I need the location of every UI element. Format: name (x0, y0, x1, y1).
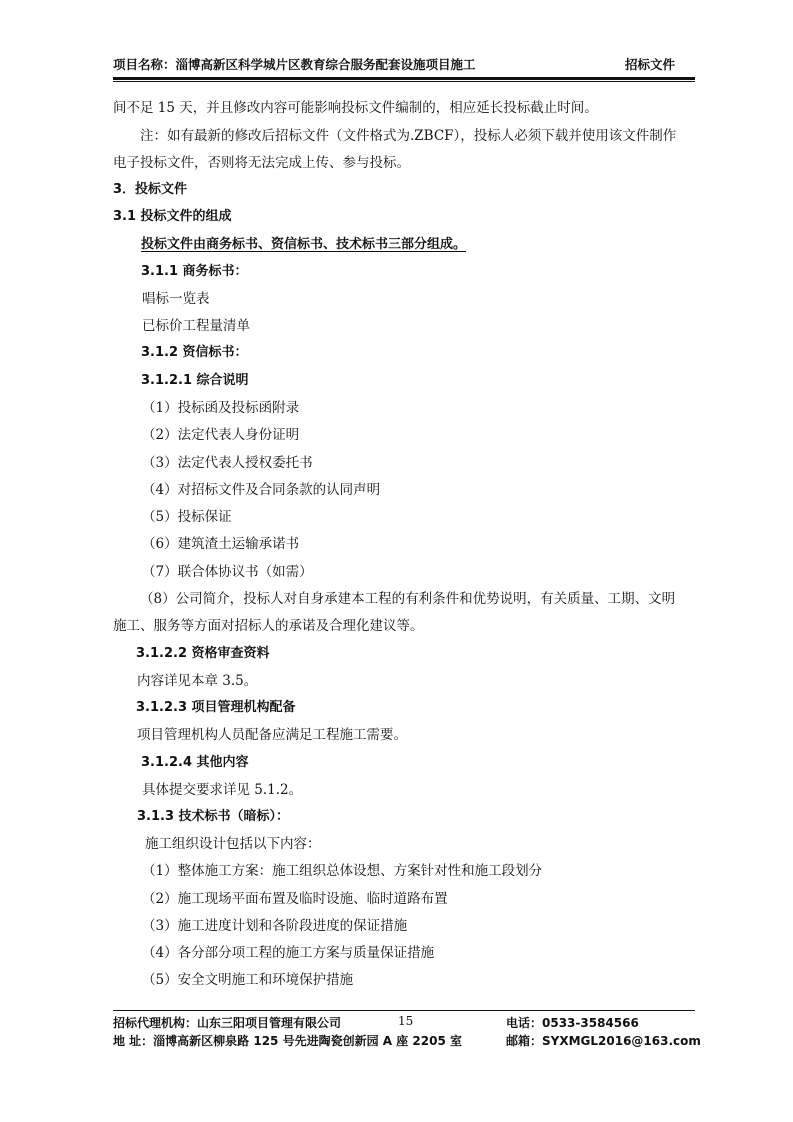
page-number: 15 (398, 1014, 413, 1028)
business-item: 已标价工程量清单 (142, 317, 250, 335)
tech-item: （5）安全文明施工和环境保护措施 (142, 971, 353, 989)
footer-address: 地 址：淄博高新区柳泉路 125 号先进陶瓷创新园 A 座 2205 室 (113, 1032, 462, 1049)
heading-3-1-3: 3.1.3 技术标书（暗标）： (137, 808, 289, 826)
general-item: （6）建筑渣土运输承诺书 (142, 535, 299, 553)
business-item: 唱标一览表 (142, 290, 210, 308)
tech-item: （1）整体施工方案：施工组织总体设想、方案针对性和施工段划分 (142, 862, 542, 880)
heading-3-1: 3.1 投标文件的组成 (113, 208, 232, 226)
management-text: 项目管理机构人员配备应满足工程施工需要。 (137, 726, 407, 744)
heading-3-1-2: 3.1.2 资信标书： (141, 344, 248, 362)
page-header: 项目名称：淄博高新区科学城片区教育综合服务配套设施项目施工 招标文件 (113, 55, 693, 73)
heading-3-1-2-3: 3.1.2.3 项目管理机构配备 (136, 699, 296, 717)
qualification-text: 内容详见本章 3.5。 (137, 672, 257, 690)
tech-item: （3）施工进度计划和各阶段进度的保证措施 (142, 917, 407, 935)
project-name: 项目名称：淄博高新区科学城片区教育综合服务配套设施项目施工 (113, 55, 476, 73)
footer-phone: 电话：0533-3584566 (506, 1014, 639, 1031)
other-content-text: 具体提交要求详见 5.1.2。 (142, 781, 302, 799)
header-rule-thick (113, 77, 695, 80)
footer-email: 邮箱：SYXMGL2016@163.com (506, 1032, 701, 1049)
heading-3-1-2-4: 3.1.2.4 其他内容 (141, 754, 249, 772)
footer-rule (113, 1010, 695, 1011)
general-item-8-line1: （8）公司简介，投标人对自身承建本工程的有利条件和优势说明，有关质量、工期、文明 (140, 590, 675, 608)
heading-3-1-1: 3.1.1 商务标书： (141, 263, 248, 281)
page-number-text: 15 (398, 1014, 413, 1028)
tech-item: （2）施工现场平面布置及临时设施、临时道路布置 (142, 890, 448, 908)
general-item: （1）投标函及投标函附录 (142, 399, 299, 417)
header-rule-thin (113, 81, 695, 82)
footer-agency: 招标代理机构：山东三阳项目管理有限公司 (113, 1014, 341, 1031)
paragraph-note-2: 电子投标文件，否则将无法完成上传、参与投标。 (113, 154, 410, 172)
tech-intro: 施工组织设计包括以下内容： (145, 835, 321, 853)
general-item-8-line2: 施工、服务等方面对招标人的承诺及合理化建议等。 (113, 617, 424, 635)
general-item: （4）对招标文件及合同条款的认同声明 (142, 481, 380, 499)
composition-statement: 投标文件由商务标书、资信标书、技术标书三部分组成。 (141, 236, 466, 254)
heading-3-1-2-1: 3.1.2.1 综合说明 (141, 372, 249, 390)
paragraph-note-1: 注：如有最新的修改后招标文件（文件格式为.ZBCF），投标人必须下载并使用该文件… (140, 127, 676, 145)
general-item: （2）法定代表人身份证明 (142, 426, 299, 444)
document-type: 招标文件 (625, 55, 675, 73)
general-item: （3）法定代表人授权委托书 (142, 454, 313, 472)
paragraph-deadline: 间不足 15 天，并且修改内容可能影响投标文件编制的，相应延长投标截止时间。 (113, 99, 598, 117)
heading-3-1-2-2: 3.1.2.2 资格审查资料 (136, 645, 270, 663)
general-item: （5）投标保证 (142, 508, 232, 526)
general-item: （7）联合体协议书（如需） (142, 563, 313, 581)
heading-3: 3．投标文件 (113, 181, 187, 199)
tech-item: （4）各分部分项工程的施工方案与质量保证措施 (142, 944, 434, 962)
